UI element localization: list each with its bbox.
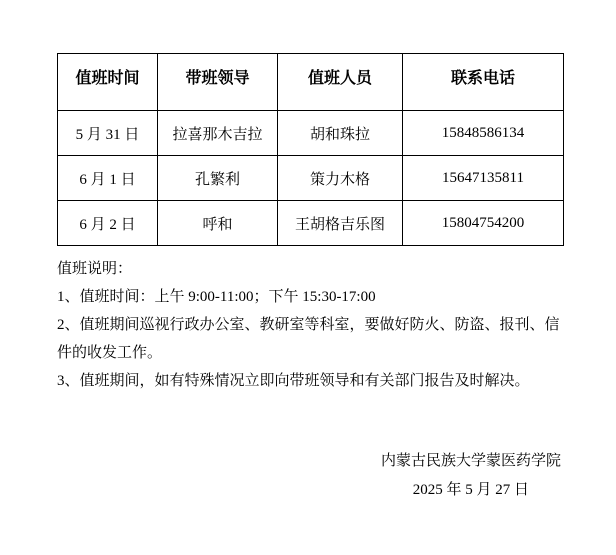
- cell-duty-date: 6 月 2 日: [58, 201, 158, 246]
- header-duty-personnel: 值班人员: [278, 54, 403, 111]
- table-row: 6 月 1 日 孔繁利 策力木格 15647135811: [58, 156, 564, 201]
- cell-leader-name: 拉喜那木吉拉: [158, 111, 278, 156]
- table-row: 6 月 2 日 呼和 王胡格吉乐图 15804754200: [58, 201, 564, 246]
- duty-schedule-table: 值班时间 带班领导 值班人员 联系电话 5 月 31 日 拉喜那木吉拉 胡和珠拉…: [57, 53, 564, 246]
- organization-name: 内蒙古民族大学蒙医药学院: [57, 447, 565, 476]
- header-contact-phone: 联系电话: [403, 54, 564, 111]
- table-header-row: 值班时间 带班领导 值班人员 联系电话: [58, 54, 564, 111]
- cell-phone-number: 15647135811: [403, 156, 564, 201]
- duty-notes-section: 值班说明： 1、值班时间：上午 9:00-11:00；下午 15:30-17:0…: [57, 255, 569, 395]
- cell-leader-name: 呼和: [158, 201, 278, 246]
- cell-duty-date: 6 月 1 日: [58, 156, 158, 201]
- document-page: 值班时间 带班领导 值班人员 联系电话 5 月 31 日 拉喜那木吉拉 胡和珠拉…: [0, 0, 616, 555]
- header-leader-on-duty: 带班领导: [158, 54, 278, 111]
- note-item-3: 3、值班期间，如有特殊情况立即向带班领导和有关部门报告及时解决。: [57, 367, 569, 395]
- cell-personnel-name: 策力木格: [278, 156, 403, 201]
- table-row: 5 月 31 日 拉喜那木吉拉 胡和珠拉 15848586134: [58, 111, 564, 156]
- signature-date: 2025 年 5 月 27 日: [57, 476, 565, 505]
- cell-phone-number: 15804754200: [403, 201, 564, 246]
- cell-duty-date: 5 月 31 日: [58, 111, 158, 156]
- cell-leader-name: 孔繁利: [158, 156, 278, 201]
- note-item-2: 2、值班期间巡视行政办公室、教研室等科室，要做好防火、防盗、报刊、信件的收发工作…: [57, 311, 569, 367]
- note-item-1: 1、值班时间：上午 9:00-11:00；下午 15:30-17:00: [57, 283, 569, 311]
- cell-phone-number: 15848586134: [403, 111, 564, 156]
- header-duty-time: 值班时间: [58, 54, 158, 111]
- cell-personnel-name: 王胡格吉乐图: [278, 201, 403, 246]
- signature-block: 内蒙古民族大学蒙医药学院 2025 年 5 月 27 日: [57, 447, 565, 505]
- notes-title: 值班说明：: [57, 255, 569, 283]
- cell-personnel-name: 胡和珠拉: [278, 111, 403, 156]
